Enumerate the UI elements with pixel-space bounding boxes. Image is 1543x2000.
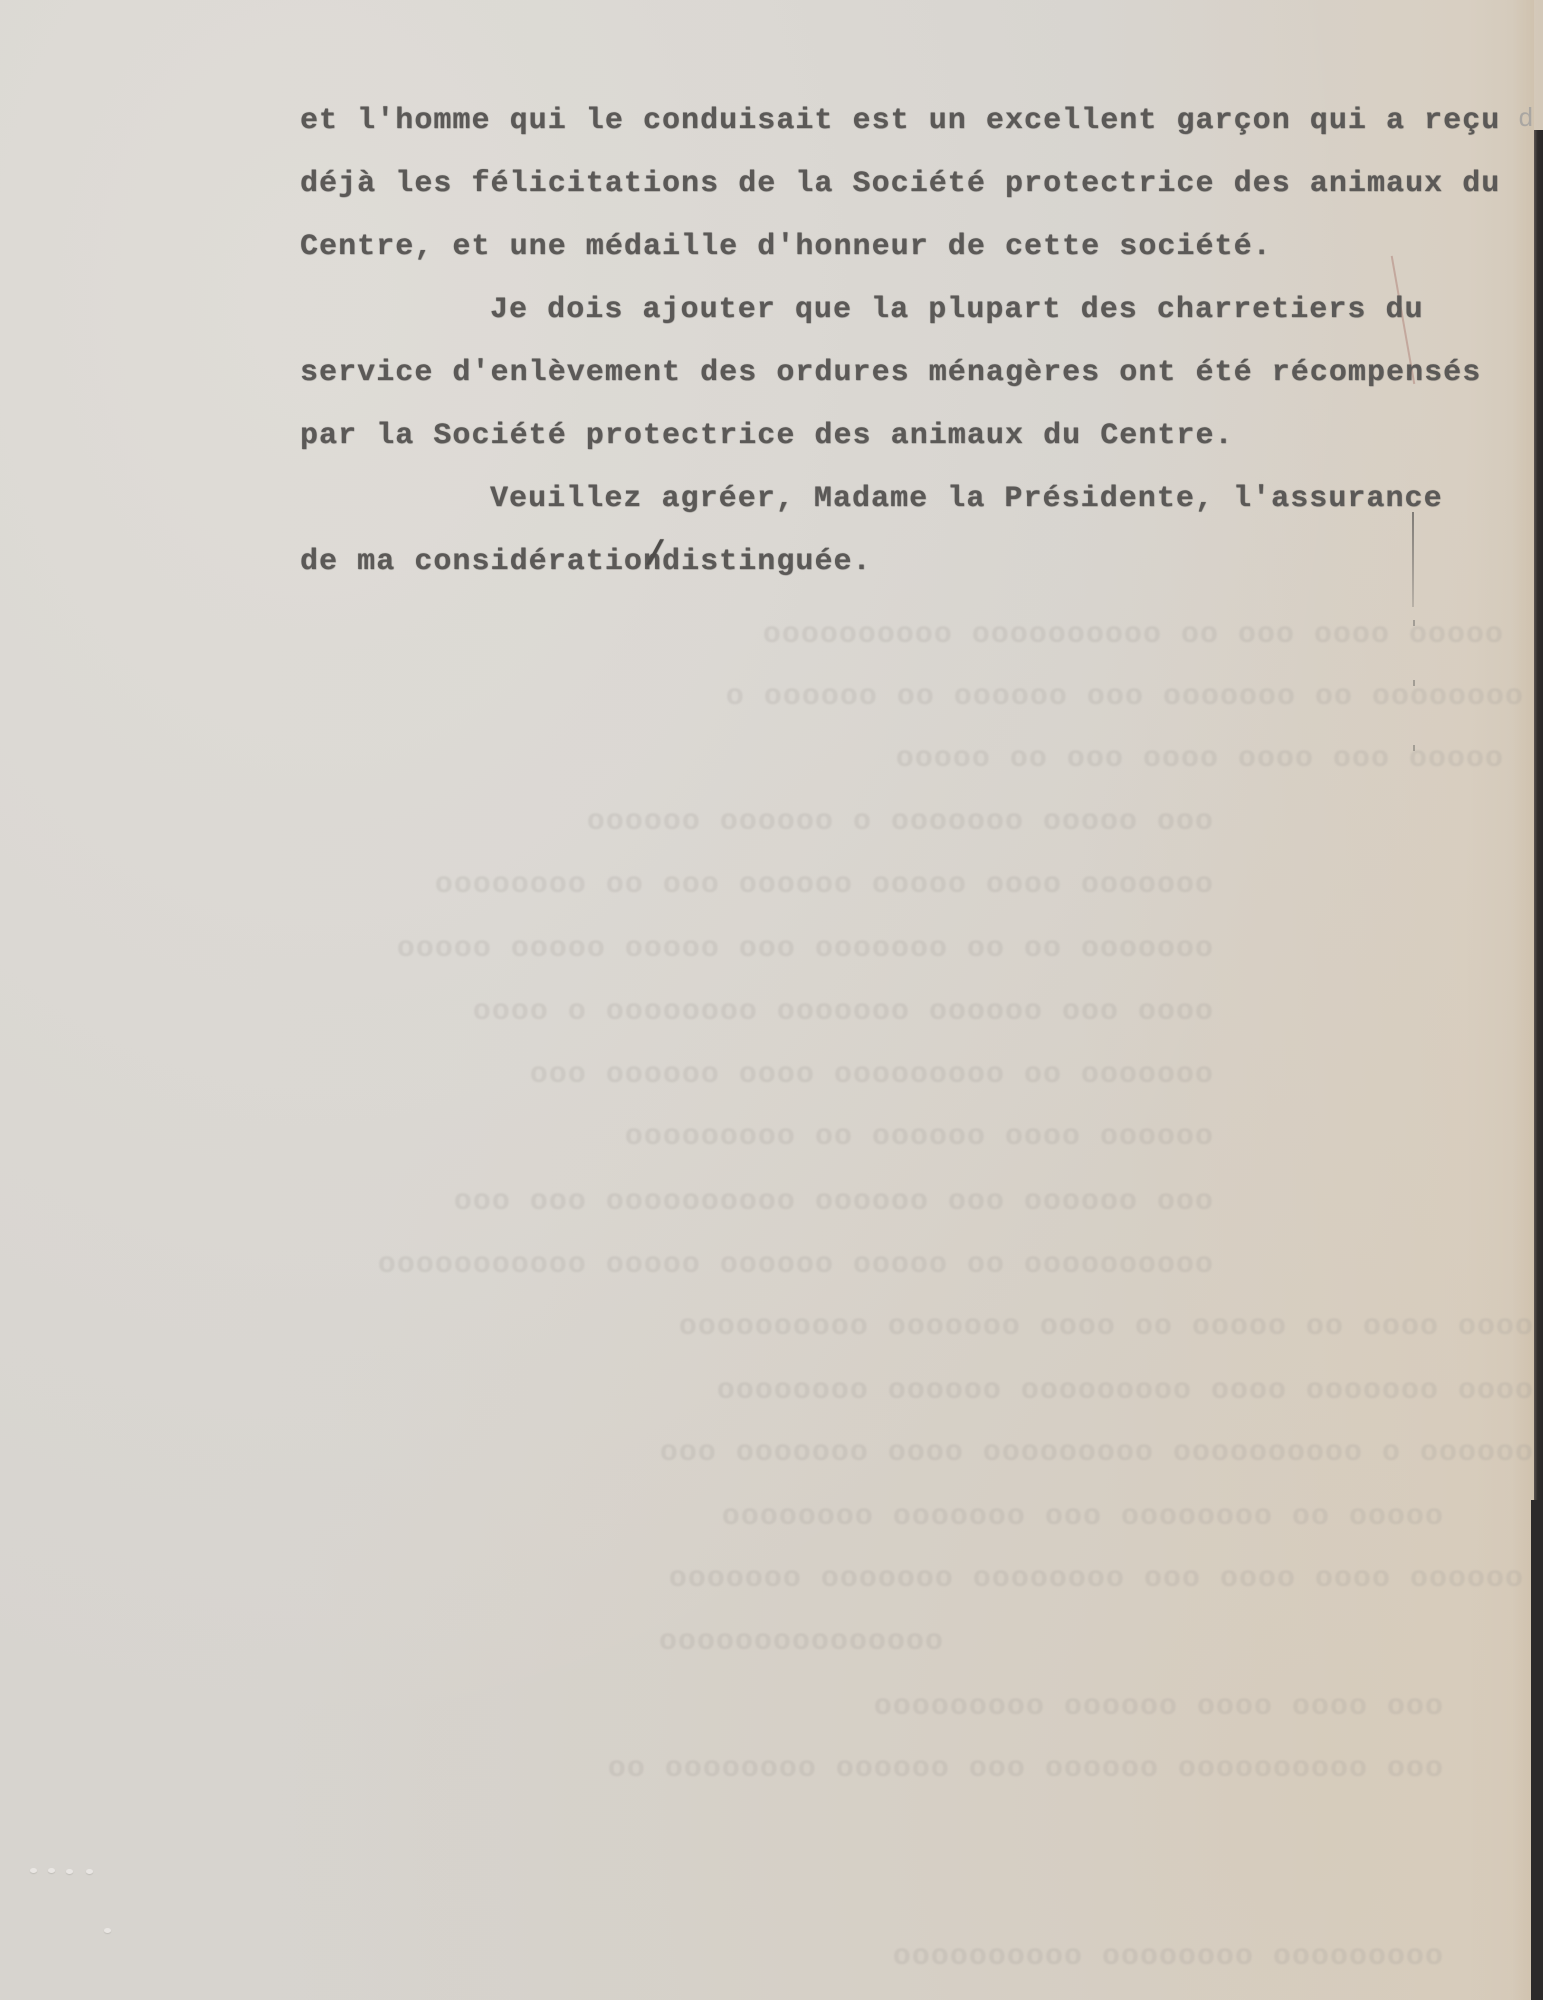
closing-text-end: distinguée.: [662, 545, 872, 579]
text-line-8: de ma considérationdistinguée.: [300, 531, 872, 594]
text-line-7: Veuillez agréer, Madame la Présidente, l…: [490, 468, 1443, 531]
emboss-dot: [104, 1928, 111, 1933]
letter-body: et l'homme qui le conduisait est un exce…: [0, 90, 1543, 720]
text-line-4: Je dois ajouter que la plupart des charr…: [490, 279, 1424, 342]
overtyped-char: n: [643, 531, 662, 594]
text-line-2: déjà les félicitations de la Société pro…: [300, 153, 1500, 216]
text-line-6: par la Société protectrice des animaux d…: [300, 405, 1234, 468]
pencil-dot: [1413, 745, 1415, 751]
emboss-dot: [48, 1868, 55, 1873]
text-line-3: Centre, et une médaille d'honneur de cet…: [300, 216, 1272, 279]
emboss-dot: [30, 1868, 37, 1873]
paper-page: ooooo oooo ooo oo oooooooooo oooooooooo …: [0, 0, 1543, 2000]
emboss-dot: [66, 1869, 73, 1874]
text-line-5: service d'enlèvement des ordures ménagèr…: [300, 342, 1481, 405]
text-line-1: et l'homme qui le conduisait est un exce…: [300, 90, 1500, 153]
closing-text-start: de ma considératio: [300, 545, 643, 579]
emboss-dot: [86, 1869, 93, 1874]
